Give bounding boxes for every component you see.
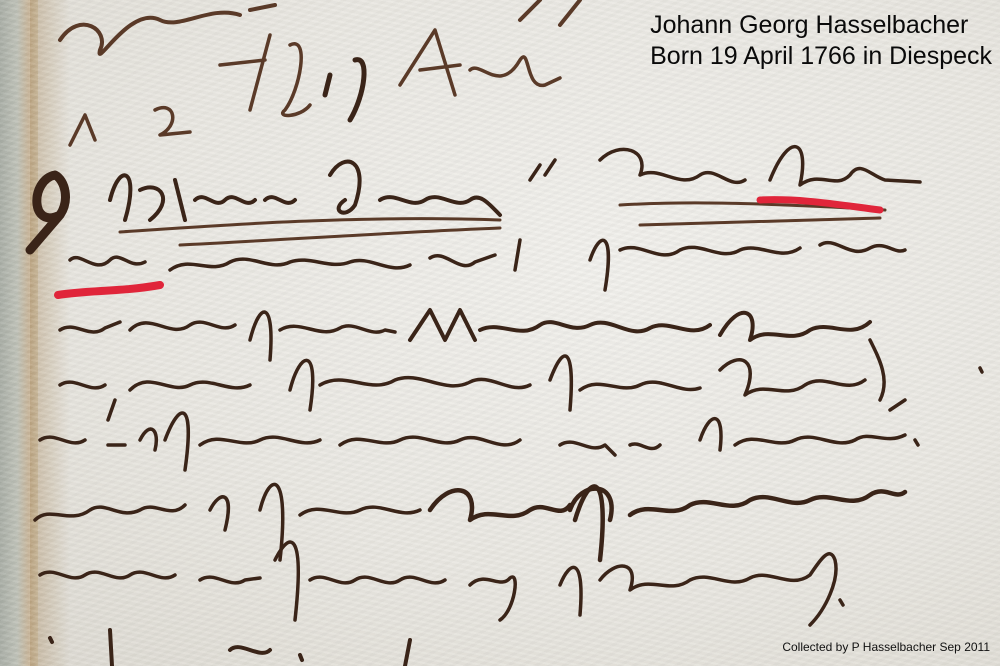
- image-caption: Johann Georg Hasselbacher Born 19 April …: [650, 10, 992, 72]
- caption-name: Johann Georg Hasselbacher: [650, 10, 992, 41]
- caption-birth-info: Born 19 April 1766 in Diespeck: [650, 41, 992, 72]
- document-photo: Johann Georg Hasselbacher Born 19 April …: [0, 0, 1000, 666]
- handwritten-script: [0, 0, 1000, 666]
- photo-credit: Collected by P Hasselbacher Sep 2011: [782, 640, 990, 654]
